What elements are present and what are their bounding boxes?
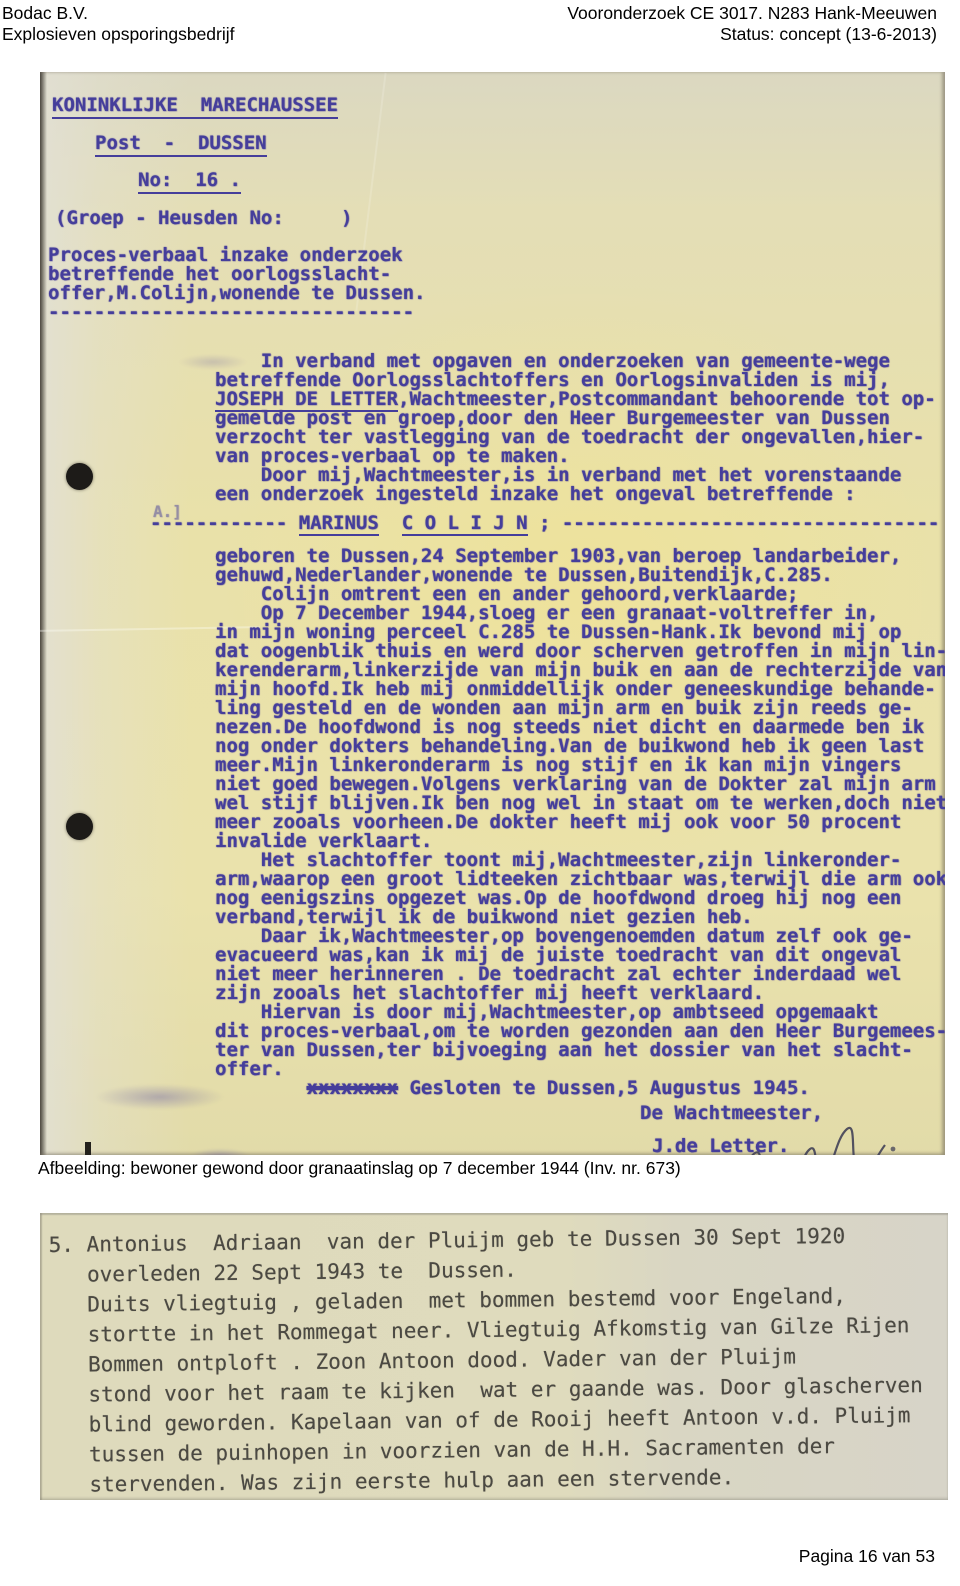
typewriter-line: ter van Dussen,ter bijvoeging aan het do…	[215, 1041, 945, 1060]
figure-caption: Afbeelding: bewoner gewond door granaati…	[38, 1158, 681, 1179]
scanned-document-proces-verbaal: KONINKLIJKE MARECHAUSSEE Post - DUSSEN N…	[40, 72, 945, 1155]
letterhead-post: Post - DUSSEN	[95, 132, 267, 157]
signature-stroke	[740, 1128, 885, 1155]
victim-name-line: ------------ MARINUS C O L I J N ; -----…	[150, 514, 939, 533]
subject-block: Proces-verbaal inzake onderzoekbetreffen…	[48, 246, 426, 322]
document-status: Status: concept (13-6-2013)	[567, 24, 937, 45]
ink-smudge	[190, 1148, 250, 1155]
typewriter-line: --------------------------------	[48, 303, 426, 322]
company-subtitle: Explosieven opsporingsbedrijf	[2, 24, 235, 45]
page-header: Bodac B.V. Explosieven opsporingsbedrijf…	[2, 3, 937, 49]
punch-hole	[66, 463, 93, 490]
scanned-document-casualty-note: 5. Antonius Adriaan van der Pluijm geb t…	[40, 1213, 948, 1500]
letterhead-organization: KONINKLIJKE MARECHAUSSEE	[52, 94, 338, 119]
typewriter-line: ------------ MARINUS C O L I J N ; -----…	[150, 514, 939, 533]
punch-hole	[66, 813, 93, 840]
body-paragraphs-statement: geboren te Dussen,24 September 1903,van …	[215, 547, 945, 1098]
ink-smudge	[95, 1084, 225, 1110]
page-number: Pagina 16 van 53	[799, 1546, 935, 1567]
typewriter-line: een onderzoek ingesteld inzake het ongev…	[215, 485, 936, 504]
project-title: Vooronderzoek CE 3017. N283 Hank-Meeuwen	[567, 3, 937, 24]
ink-dot	[891, 1147, 896, 1152]
report-page: Bodac B.V. Explosieven opsporingsbedrijf…	[0, 0, 960, 1586]
letterhead-group: (Groep - Heusden No: )	[55, 207, 352, 229]
casualty-note-text: 5. Antonius Adriaan van der Pluijm geb t…	[48, 1220, 923, 1500]
company-name: Bodac B.V.	[2, 3, 235, 24]
handwritten-signature	[695, 1087, 945, 1155]
body-paragraphs-intro: In verband met opgaven en onderzoeken va…	[215, 352, 936, 504]
scan-edge-mark	[85, 1142, 91, 1155]
letterhead-number: No: 16 .	[138, 169, 241, 194]
